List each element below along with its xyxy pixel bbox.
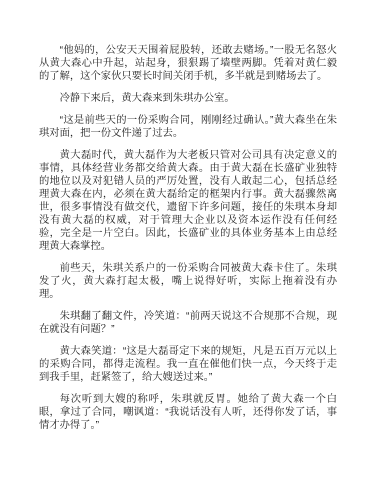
paragraph: 黄大森笑道：“这是大磊哥定下来的规矩，凡是五百万元以上的采购合同，都得走流程。我… bbox=[39, 345, 337, 384]
paragraph: “这是前些天的一份采购合同，刚刚经过确认。”黄大森坐在朱琪对面，把一份文件递了过… bbox=[39, 114, 337, 140]
paragraph: “他妈的，公安天天围着屁股转，还敢去赌场。”一股无名怒火从黄大森心中升起，站起身… bbox=[39, 44, 337, 83]
paragraph: 黄大磊时代，黄大磊作为大老板只管对公司具有决定意义的事情，具体经营业务都交给黄大… bbox=[39, 149, 337, 253]
paragraph: 每次听到大嫂的称呼，朱琪就反胃。她给了黄大森一个白眼，拿过了合同，嘲讽道：“我说… bbox=[39, 393, 337, 432]
novel-reader-page: “他妈的，公安天天围着屁股转，还敢去赌场。”一股无名怒火从黄大森心中升起，站起身… bbox=[0, 0, 370, 480]
paragraph: 前些天，朱琪关系户的一份采购合同被黄大森卡住了。朱琪发了火，黄大森打起太极，嘴上… bbox=[39, 262, 337, 301]
paragraph: 朱琪翻了翻文件，冷笑道：“前两天说这不合规那不合规，现在就没有问题？” bbox=[39, 310, 337, 336]
paragraph: 冷静下来后，黄大森来到朱琪办公室。 bbox=[39, 92, 337, 105]
